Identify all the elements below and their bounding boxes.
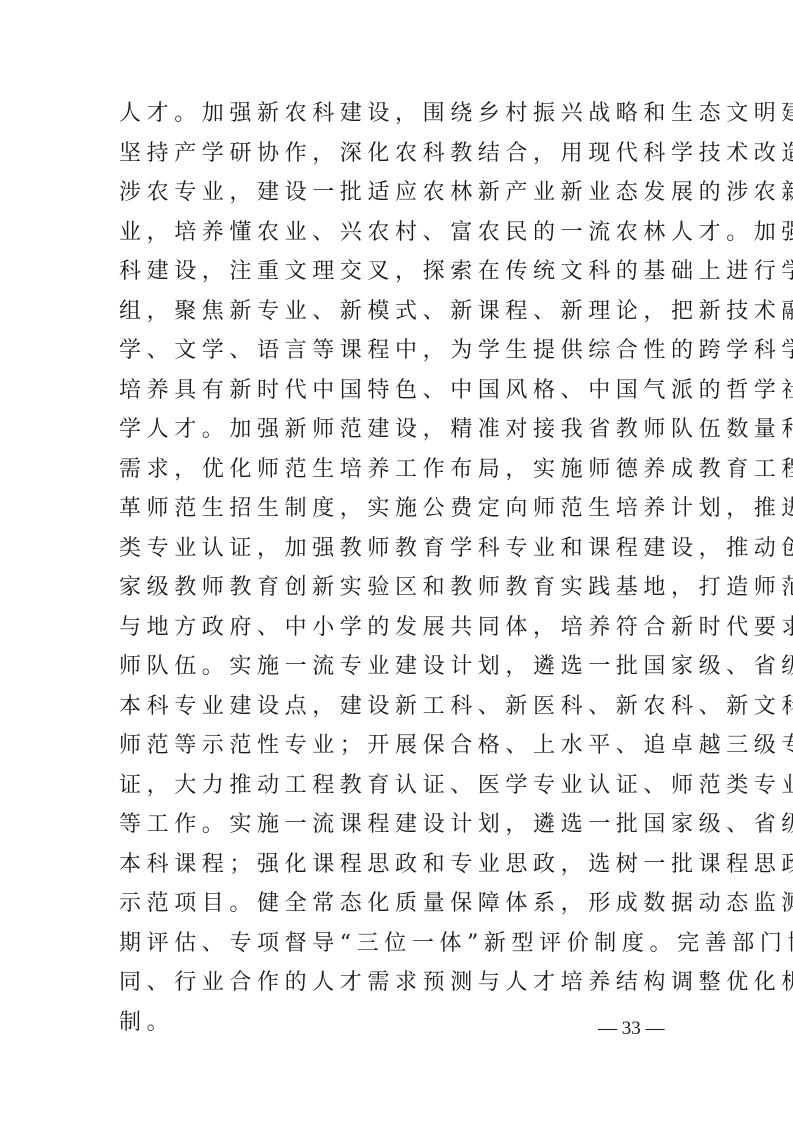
text-line: 学、文学、语言等课程中，为学生提供综合性的跨学科学习， xyxy=(119,331,679,371)
text-line: 人才。加强新农科建设，围绕乡村振兴战略和生态文明建设， xyxy=(119,94,679,134)
text-line: 本科课程；强化课程思政和专业思政，选树一批课程思政改革 xyxy=(119,845,679,885)
text-line: 坚持产学研协作，深化农科教结合，用现代科学技术改造提升 xyxy=(119,134,679,174)
text-line: 制。 xyxy=(119,1003,679,1043)
text-line: 组，聚焦新专业、新模式、新课程、新理论，把新技术融入哲 xyxy=(119,292,679,332)
page-number: — 33 — xyxy=(598,1018,665,1040)
text-line: 类专业认证，加强教师教育学科专业和课程建设，推动创建国 xyxy=(119,529,679,569)
text-line: 师范等示范性专业；开展保合格、上水平、追卓越三级专业认 xyxy=(119,726,679,766)
text-line: 需求，优化师范生培养工作布局，实施师德养成教育工程，改 xyxy=(119,450,679,490)
text-line: 业，培养懂农业、兴农村、富农民的一流农林人才。加强新文 xyxy=(119,213,679,253)
text-line: 本科专业建设点，建设新工科、新医科、新农科、新文科、新 xyxy=(119,687,679,727)
text-line: 科建设，注重文理交叉，探索在传统文科的基础上进行学科重 xyxy=(119,252,679,292)
text-line: 示范项目。健全常态化质量保障体系，形成数据动态监测、定 xyxy=(119,884,679,924)
text-line: 师队伍。实施一流专业建设计划，遴选一批国家级、省级一流 xyxy=(119,647,679,687)
body-paragraph: 人才。加强新农科建设，围绕乡村振兴战略和生态文明建设， 坚持产学研协作，深化农科… xyxy=(119,94,679,1042)
document-page: 人才。加强新农科建设，围绕乡村振兴战略和生态文明建设， 坚持产学研协作，深化农科… xyxy=(0,0,793,1122)
text-line: 期评估、专项督导“三位一体”新型评价制度。完善部门协 xyxy=(119,924,679,964)
text-line: 等工作。实施一流课程建设计划，遴选一批国家级、省级一流 xyxy=(119,805,679,845)
text-line: 涉农专业，建设一批适应农林新产业新业态发展的涉农新专 xyxy=(119,173,679,213)
text-line: 革师范生招生制度，实施公费定向师范生培养计划，推进师范 xyxy=(119,489,679,529)
text-line: 学人才。加强新师范建设，精准对接我省教师队伍数量和质量 xyxy=(119,410,679,450)
text-line: 培养具有新时代中国特色、中国风格、中国气派的哲学社会科 xyxy=(119,371,679,411)
text-line: 与地方政府、中小学的发展共同体，培养符合新时代要求的教 xyxy=(119,608,679,648)
text-line: 家级教师教育创新实验区和教师教育实践基地，打造师范院校 xyxy=(119,568,679,608)
text-line: 证，大力推动工程教育认证、医学专业认证、师范类专业认证 xyxy=(119,766,679,806)
text-line: 同、行业合作的人才需求预测与人才培养结构调整优化机 xyxy=(119,963,679,1003)
